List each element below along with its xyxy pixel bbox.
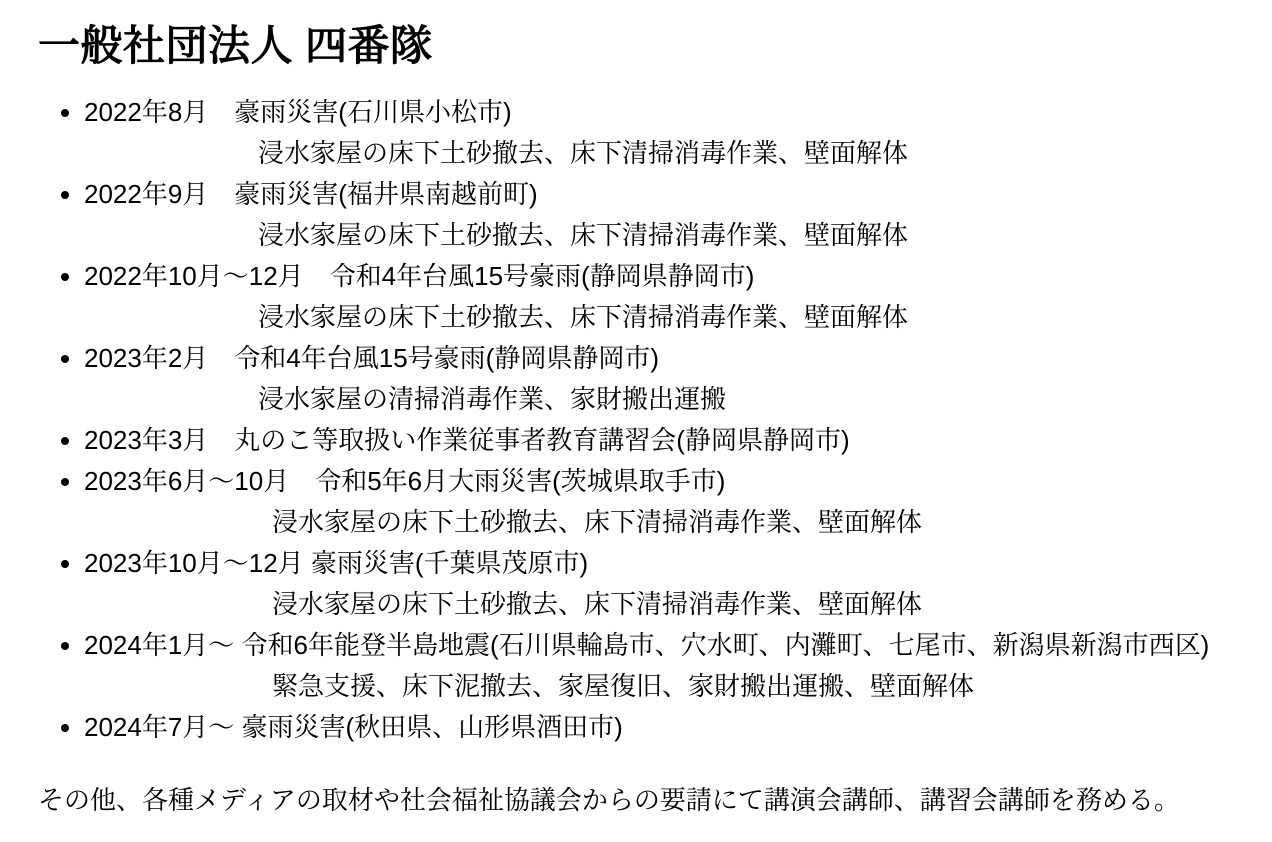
activity-work-detail: 浸水家屋の床下土砂撤去、床下清掃消毒作業、壁面解体 — [84, 502, 1234, 543]
activity-work-detail: 浸水家屋の清掃消毒作業、家財搬出運搬 — [84, 379, 1234, 420]
activity-item: 2022年8月 豪雨災害(石川県小松市) 浸水家屋の床下土砂撤去、床下清掃消毒作… — [84, 92, 1234, 174]
activity-period-event: 2024年7月〜 豪雨災害(秋田県、山形県酒田市) — [84, 707, 1234, 748]
activity-item: 2022年10月〜12月 令和4年台風15号豪雨(静岡県静岡市) 浸水家屋の床下… — [84, 256, 1234, 338]
page-title: 一般社団法人 四番隊 — [38, 20, 1234, 72]
activity-item: 2023年10月〜12月 豪雨災害(千葉県茂原市) 浸水家屋の床下土砂撤去、床下… — [84, 543, 1234, 625]
activity-item: 2024年1月〜 令和6年能登半島地震(石川県輪島市、穴水町、内灘町、七尾市、新… — [84, 625, 1234, 707]
activity-list: 2022年8月 豪雨災害(石川県小松市) 浸水家屋の床下土砂撤去、床下清掃消毒作… — [38, 92, 1234, 748]
activity-period-event: 2023年10月〜12月 豪雨災害(千葉県茂原市) — [84, 543, 1234, 584]
document-page: 一般社団法人 四番隊 2022年8月 豪雨災害(石川県小松市) 浸水家屋の床下土… — [0, 0, 1272, 821]
activity-item: 2023年6月〜10月 令和5年6月大雨災害(茨城県取手市) 浸水家屋の床下土砂… — [84, 461, 1234, 543]
activity-work-detail: 浸水家屋の床下土砂撤去、床下清掃消毒作業、壁面解体 — [84, 133, 1234, 174]
activity-item: 2024年7月〜 豪雨災害(秋田県、山形県酒田市) — [84, 707, 1234, 748]
activity-work-detail: 緊急支援、床下泥撤去、家屋復旧、家財搬出運搬、壁面解体 — [84, 666, 1234, 707]
activity-period-event: 2024年1月〜 令和6年能登半島地震(石川県輪島市、穴水町、内灘町、七尾市、新… — [84, 625, 1234, 666]
activity-period-event: 2023年6月〜10月 令和5年6月大雨災害(茨城県取手市) — [84, 461, 1234, 502]
activity-item: 2023年2月 令和4年台風15号豪雨(静岡県静岡市) 浸水家屋の清掃消毒作業、… — [84, 338, 1234, 420]
activity-item: 2023年3月 丸のこ等取扱い作業従事者教育講習会(静岡県静岡市) — [84, 420, 1234, 461]
activity-work-detail: 浸水家屋の床下土砂撤去、床下清掃消毒作業、壁面解体 — [84, 215, 1234, 256]
activity-period-event: 2023年2月 令和4年台風15号豪雨(静岡県静岡市) — [84, 338, 1234, 379]
activity-item: 2022年9月 豪雨災害(福井県南越前町) 浸水家屋の床下土砂撤去、床下清掃消毒… — [84, 174, 1234, 256]
activity-period-event: 2023年3月 丸のこ等取扱い作業従事者教育講習会(静岡県静岡市) — [84, 420, 1234, 461]
activity-work-detail: 浸水家屋の床下土砂撤去、床下清掃消毒作業、壁面解体 — [84, 297, 1234, 338]
footer-note: その他、各種メディアの取材や社会福祉協議会からの要請にて講演会講師、講習会講師を… — [38, 780, 1234, 821]
activity-period-event: 2022年9月 豪雨災害(福井県南越前町) — [84, 174, 1234, 215]
activity-period-event: 2022年8月 豪雨災害(石川県小松市) — [84, 92, 1234, 133]
activity-period-event: 2022年10月〜12月 令和4年台風15号豪雨(静岡県静岡市) — [84, 256, 1234, 297]
activity-work-detail: 浸水家屋の床下土砂撤去、床下清掃消毒作業、壁面解体 — [84, 584, 1234, 625]
